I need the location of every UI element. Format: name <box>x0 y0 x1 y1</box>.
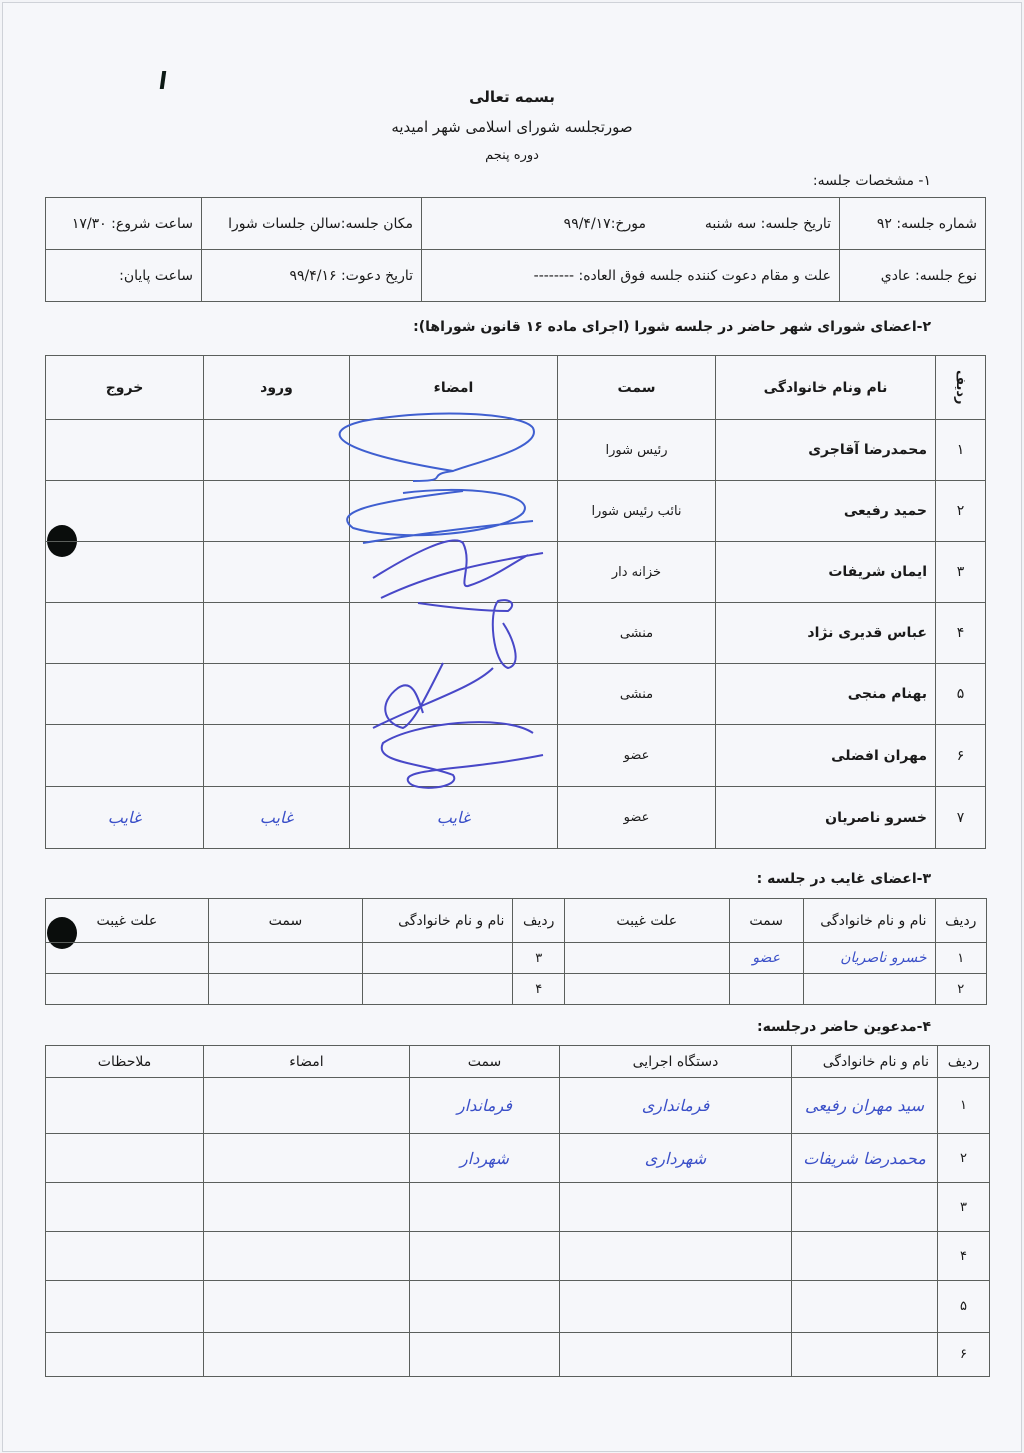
table-row: ۱ خسرو ناصریان عضو ۳ <box>46 943 987 974</box>
invitee-notes <box>46 1232 204 1281</box>
row-number: ۴ <box>938 1232 990 1281</box>
invitee-name <box>792 1281 938 1333</box>
absent-reason <box>46 943 209 974</box>
term-label: دوره پنجم <box>3 148 1021 163</box>
row-number: ۳ <box>938 1183 990 1232</box>
member-name: مهران افضلی <box>716 725 936 787</box>
present-members-table: ردیف نام ونام خانوادگی سمت امضاء ورود خر… <box>45 355 986 849</box>
section4-heading: ۴-مدعوین حاضر درجلسه: <box>757 1019 931 1035</box>
member-exit <box>46 664 204 725</box>
member-signature <box>350 420 558 481</box>
member-name: بهنام منجی <box>716 664 936 725</box>
invitee-name <box>792 1232 938 1281</box>
session-location: مکان جلسه:سالن جلسات شورا <box>202 198 422 250</box>
section3-heading: ۳-اعضای غایب در جلسه : <box>757 871 931 887</box>
col-row-number: ردیف <box>513 899 564 943</box>
end-time: ساعت پایان: <box>46 250 202 302</box>
invitation-date: تاریخ دعوت: ۹۹/۴/۱۶ <box>202 250 422 302</box>
session-type: نوع جلسه: عادي <box>840 250 986 302</box>
member-entry: غایب <box>204 787 350 849</box>
invitee-notes <box>46 1078 204 1134</box>
absent-name <box>803 974 935 1005</box>
member-entry <box>204 420 350 481</box>
invitee-name: سید مهران رفیعی <box>792 1078 938 1134</box>
member-signature <box>350 481 558 542</box>
col-name: نام و نام خانوادگی <box>792 1046 938 1078</box>
row-number: ۱ <box>935 943 986 974</box>
member-entry <box>204 725 350 787</box>
invitee-name <box>792 1183 938 1232</box>
col-absence-reason: علت غیبت <box>46 899 209 943</box>
invitee-notes <box>46 1134 204 1183</box>
member-exit: غایب <box>46 787 204 849</box>
invitee-role <box>410 1281 560 1333</box>
col-name: نام و نام خانوادگی <box>803 899 935 943</box>
col-role: سمت <box>558 356 716 420</box>
member-signature <box>350 664 558 725</box>
member-signature: غایب <box>350 787 558 849</box>
session-date-cell: تاریخ جلسه: سه شنبه مورخ:۹۹/۴/۱۷ <box>422 198 840 250</box>
member-role: نائب رئیس شورا <box>558 481 716 542</box>
col-role: سمت <box>410 1046 560 1078</box>
col-name: نام ونام خانوادگی <box>716 356 936 420</box>
absent-role <box>208 974 362 1005</box>
member-name: محمدرضا آقاجری <box>716 420 936 481</box>
table-row: ۷ خسرو ناصریان عضو غایب غایب غایب <box>46 787 986 849</box>
invitee-signature <box>204 1183 410 1232</box>
col-absence-reason: علت غیبت <box>564 899 729 943</box>
member-entry <box>204 603 350 664</box>
row-number: ۷ <box>936 787 986 849</box>
member-role: منشی <box>558 664 716 725</box>
member-role: رئیس شورا <box>558 420 716 481</box>
invitee-notes <box>46 1333 204 1377</box>
member-role: خزانه دار <box>558 542 716 603</box>
invitee-notes <box>46 1281 204 1333</box>
row-number: ۱ <box>938 1078 990 1134</box>
invitee-role: شهردار <box>410 1134 560 1183</box>
member-name: ایمان شریفات <box>716 542 936 603</box>
table-row: ۵ بهنام منجی منشی <box>46 664 986 725</box>
invitee-signature <box>204 1078 410 1134</box>
table-row: ۴ <box>46 1232 990 1281</box>
table-row: ۲ حمید رفیعی نائب رئیس شورا <box>46 481 986 542</box>
invitee-role <box>410 1232 560 1281</box>
extraordinary-reason: علت و مقام دعوت کننده جلسه فوق العاده: -… <box>422 250 840 302</box>
scan-mark <box>160 71 167 89</box>
row-number: ۴ <box>936 603 986 664</box>
member-exit <box>46 725 204 787</box>
col-signature: امضاء <box>350 356 558 420</box>
table-row: ۲ ۴ <box>46 974 987 1005</box>
table-row: ۳ <box>46 1183 990 1232</box>
member-entry <box>204 481 350 542</box>
table-row: ۳ ایمان شریفات خزانه دار <box>46 542 986 603</box>
absent-name <box>363 974 513 1005</box>
table-row: ۱ محمدرضا آقاجری رئیس شورا <box>46 420 986 481</box>
absent-reason <box>564 943 729 974</box>
row-number: ۶ <box>936 725 986 787</box>
member-name: عباس قدیری نژاد <box>716 603 936 664</box>
member-name: خسرو ناصریان <box>716 787 936 849</box>
table-row: ۶ <box>46 1333 990 1377</box>
invitee-agency <box>560 1232 792 1281</box>
absent-role <box>729 974 803 1005</box>
col-entry: ورود <box>204 356 350 420</box>
invitee-role <box>410 1183 560 1232</box>
row-number: ۵ <box>936 664 986 725</box>
invitee-signature <box>204 1333 410 1377</box>
session-date: تاریخ جلسه: سه شنبه <box>705 216 831 232</box>
session-number: شماره جلسه: ۹۲ <box>840 198 986 250</box>
absent-role <box>208 943 362 974</box>
row-number: ۲ <box>936 481 986 542</box>
member-signature <box>350 603 558 664</box>
start-time: ساعت شروع: ۱۷/۳۰ <box>46 198 202 250</box>
invocation: بسمه تعالی <box>3 88 1021 106</box>
invitee-role <box>410 1333 560 1377</box>
section2-heading: ۲-اعضای شورای شهر حاضر در جلسه شورا (اجر… <box>413 319 931 335</box>
col-row-number: ردیف <box>938 1046 990 1078</box>
absent-members-table: ردیف نام و نام خانوادگی سمت علت غیبت ردی… <box>45 898 987 1005</box>
invitee-agency: فرمانداری <box>560 1078 792 1134</box>
absent-name <box>363 943 513 974</box>
invitees-table: ردیف نام و نام خانوادگی دستگاه اجرایی سم… <box>45 1045 990 1377</box>
table-row: ۵ <box>46 1281 990 1333</box>
absent-name: خسرو ناصریان <box>803 943 935 974</box>
member-role: عضو <box>558 787 716 849</box>
member-signature <box>350 542 558 603</box>
absent-reason <box>564 974 729 1005</box>
row-number: ۶ <box>938 1333 990 1377</box>
table-row: ۱ سید مهران رفیعی فرمانداری فرماندار <box>46 1078 990 1134</box>
absent-reason <box>46 974 209 1005</box>
invitee-name: محمدرضا شریفات <box>792 1134 938 1183</box>
invitee-agency <box>560 1183 792 1232</box>
col-row-number: ردیف <box>935 899 986 943</box>
member-exit <box>46 603 204 664</box>
session-info-table: شماره جلسه: ۹۲ تاریخ جلسه: سه شنبه مورخ:… <box>45 197 986 302</box>
absent-role: عضو <box>729 943 803 974</box>
col-name: نام و نام خانوادگی <box>363 899 513 943</box>
invitee-role: فرماندار <box>410 1078 560 1134</box>
row-number: ۳ <box>513 943 564 974</box>
row-number: ۴ <box>513 974 564 1005</box>
document-title: صورتجلسه شورای اسلامی شهر امیدیه <box>3 118 1021 136</box>
col-notes: ملاحظات <box>46 1046 204 1078</box>
col-exit: خروج <box>46 356 204 420</box>
member-role: منشی <box>558 603 716 664</box>
scanned-page: بسمه تعالی صورتجلسه شورای اسلامی شهر امی… <box>2 2 1022 1452</box>
member-exit <box>46 420 204 481</box>
col-signature: امضاء <box>204 1046 410 1078</box>
invitee-name <box>792 1333 938 1377</box>
table-row: ۶ مهران افضلی عضو <box>46 725 986 787</box>
member-exit <box>46 481 204 542</box>
invitee-agency <box>560 1333 792 1377</box>
invitee-agency <box>560 1281 792 1333</box>
row-number: ۳ <box>936 542 986 603</box>
col-role: سمت <box>208 899 362 943</box>
col-role: سمت <box>729 899 803 943</box>
section1-heading: ۱- مشخصات جلسه: <box>813 173 931 189</box>
member-exit <box>46 542 204 603</box>
col-agency: دستگاه اجرایی <box>560 1046 792 1078</box>
member-entry <box>204 664 350 725</box>
member-role: عضو <box>558 725 716 787</box>
row-number: ۲ <box>938 1134 990 1183</box>
invitee-notes <box>46 1183 204 1232</box>
member-entry <box>204 542 350 603</box>
table-row: ۲ محمدرضا شریفات شهرداری شهردار <box>46 1134 990 1183</box>
invitee-agency: شهرداری <box>560 1134 792 1183</box>
member-name: حمید رفیعی <box>716 481 936 542</box>
session-dated: مورخ:۹۹/۴/۱۷ <box>564 216 646 232</box>
row-number: ۱ <box>936 420 986 481</box>
row-number: ۵ <box>938 1281 990 1333</box>
invitee-signature <box>204 1281 410 1333</box>
member-signature <box>350 725 558 787</box>
invitee-signature <box>204 1232 410 1281</box>
invitee-signature <box>204 1134 410 1183</box>
col-row-number: ردیف <box>936 356 986 420</box>
row-number: ۲ <box>935 974 986 1005</box>
table-row: ۴ عباس قدیری نژاد منشی <box>46 603 986 664</box>
